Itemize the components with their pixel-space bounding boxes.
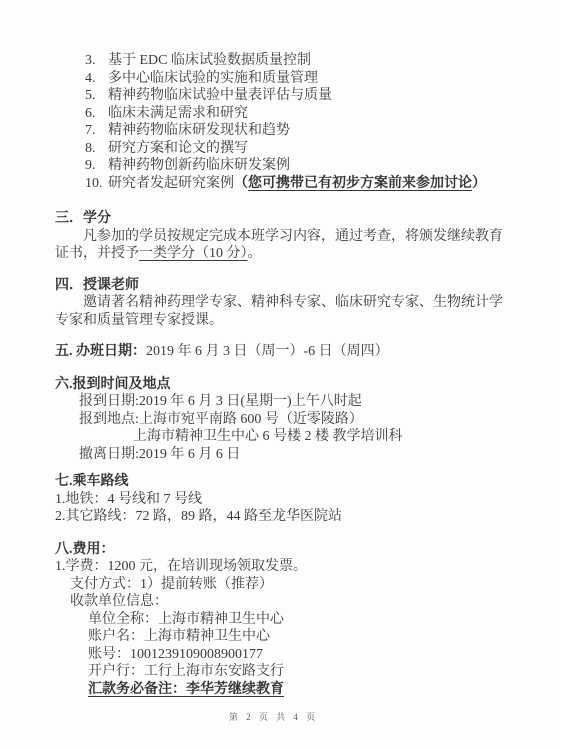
section-dates-value: 2019 年 6 月 3 日（周一）-6 日（周四） bbox=[146, 344, 389, 359]
checkin-place-line2: 上海市精神卫生中心 6 号楼 2 楼 教学培训科 bbox=[133, 428, 517, 446]
list-item: 7. 精神药物临床研发现状和趋势 bbox=[85, 122, 517, 140]
list-item: 3. 基于 EDC 临床试验数据质量控制 bbox=[85, 52, 517, 70]
section-checkin: 六.报到时间及地点 报到日期:2019 年 6 月 3 日(星期一)上午八时起 … bbox=[55, 376, 517, 464]
fees-payee-account-name: 账户名：上海市精神卫生中心 bbox=[88, 628, 517, 646]
section-dates-heading: 五. 办班日期： bbox=[55, 344, 146, 359]
list-item-number: 8. bbox=[85, 140, 108, 158]
list-item-number: 5. bbox=[85, 87, 108, 105]
list-item-number: 10. bbox=[85, 175, 108, 193]
section-checkin-heading: 六.报到时间及地点 bbox=[55, 376, 517, 394]
section-fees-heading: 八.费用： bbox=[55, 541, 517, 559]
list-item: 8. 研究方案和论文的撰写 bbox=[85, 140, 517, 158]
section-teachers-heading: 四．授课老师 bbox=[55, 277, 517, 295]
fees-payee-account-no: 账号：1001239109008900177 bbox=[88, 646, 517, 664]
section-credits: 三．学分 凡参加的学员按规定完成本班学习内容，通过考查，将颁发继续教育 证书，并… bbox=[55, 210, 517, 263]
list-item-number: 4. bbox=[85, 70, 108, 88]
teachers-paragraph-line1: 邀请著名精神药理学专家、精神科专家、临床研究专家、生物统计学 bbox=[55, 294, 517, 312]
fees-payment-line: 支付方式：1）提前转账（推荐） bbox=[70, 576, 517, 594]
fees-payee-header: 收款单位信息： bbox=[70, 593, 517, 611]
list-item-text: 精神药物临床研发现状和趋势 bbox=[108, 122, 517, 140]
list-item: 4. 多中心临床试验的实施和质量管理 bbox=[85, 70, 517, 88]
fees-remit-note: 汇款务必备注：李华芳继续教育 bbox=[88, 681, 517, 699]
fees-tuition-line: 1.学费：1200 元，在培训现场领取发票。 bbox=[55, 558, 517, 576]
credits-underlined-text: 一类学分（10 分） bbox=[139, 246, 248, 261]
list-item-number: 7. bbox=[85, 122, 108, 140]
credits-paragraph-line1: 凡参加的学员按规定完成本班学习内容，通过考查，将颁发继续教育 bbox=[55, 228, 517, 246]
checkin-leave-line: 撤离日期:2019 年 6 月 6 日 bbox=[79, 446, 517, 464]
section-transport-heading: 七.乘车路线 bbox=[55, 473, 517, 491]
list-item-text: 精神药物创新药临床研发案例 bbox=[108, 157, 517, 175]
page-number-footer: 第 2 页 共 4 页 bbox=[0, 709, 547, 727]
list-item-text: 基于 EDC 临床试验数据质量控制 bbox=[108, 52, 517, 70]
scanned-document-page: 3. 基于 EDC 临床试验数据质量控制 4. 多中心临床试验的实施和质量管理 … bbox=[0, 0, 561, 749]
list-item: 10. 研究者发起研究案例（您可携带已有初步方案前来参加讨论） bbox=[85, 175, 517, 193]
section-fees: 八.费用： 1.学费：1200 元，在培训现场领取发票。 支付方式：1）提前转账… bbox=[55, 541, 517, 699]
fees-payee-company: 单位全称：上海市精神卫生中心 bbox=[88, 611, 517, 629]
list-item-text: 研究方案和论文的撰写 bbox=[108, 140, 517, 158]
section-teachers: 四．授课老师 邀请著名精神药理学专家、精神科专家、临床研究专家、生物统计学 专家… bbox=[55, 277, 517, 330]
course-topic-list: 3. 基于 EDC 临床试验数据质量控制 4. 多中心临床试验的实施和质量管理 … bbox=[85, 52, 517, 192]
list-item-number: 6. bbox=[85, 105, 108, 123]
list-item-number: 3. bbox=[85, 52, 108, 70]
section-transport: 七.乘车路线 1.地铁：4 号线和 7 号线 2.其它路线：72 路，89 路，… bbox=[55, 473, 517, 526]
transport-bus-line: 2.其它路线：72 路，89 路，44 路至龙华医院站 bbox=[55, 508, 517, 526]
list-item: 5. 精神药物临床试验中量表评估与质量 bbox=[85, 87, 517, 105]
teachers-paragraph-line2: 专家和质量管理专家授课。 bbox=[55, 312, 517, 330]
list-item-text: 临床未满足需求和研究 bbox=[108, 105, 517, 123]
list-item: 9. 精神药物创新药临床研发案例 bbox=[85, 157, 517, 175]
list-item-text: 精神药物临床试验中量表评估与质量 bbox=[108, 87, 517, 105]
checkin-place-line: 报到地点:上海市宛平南路 600 号（近零陵路） bbox=[79, 411, 517, 429]
section-credits-heading: 三．学分 bbox=[55, 210, 517, 228]
list-item-number: 9. bbox=[85, 157, 108, 175]
list-item-emphasis: （您可携带已有初步方案前来参加讨论） bbox=[234, 176, 486, 191]
list-item-text: 多中心临床试验的实施和质量管理 bbox=[108, 70, 517, 88]
list-item: 6. 临床未满足需求和研究 bbox=[85, 105, 517, 123]
section-dates: 五. 办班日期：2019 年 6 月 3 日（周一）-6 日（周四） bbox=[55, 343, 517, 361]
credits-paragraph-line2: 证书，并授予一类学分（10 分）。 bbox=[55, 245, 517, 263]
fees-payee-bank: 开户行：工行上海市东安路支行 bbox=[88, 663, 517, 681]
transport-metro-line: 1.地铁：4 号线和 7 号线 bbox=[55, 491, 517, 509]
checkin-date-line: 报到日期:2019 年 6 月 3 日(星期一)上午八时起 bbox=[79, 393, 517, 411]
list-item-text-plain: 研究者发起研究案例 bbox=[108, 176, 234, 191]
list-item-text: 研究者发起研究案例（您可携带已有初步方案前来参加讨论） bbox=[108, 175, 517, 193]
